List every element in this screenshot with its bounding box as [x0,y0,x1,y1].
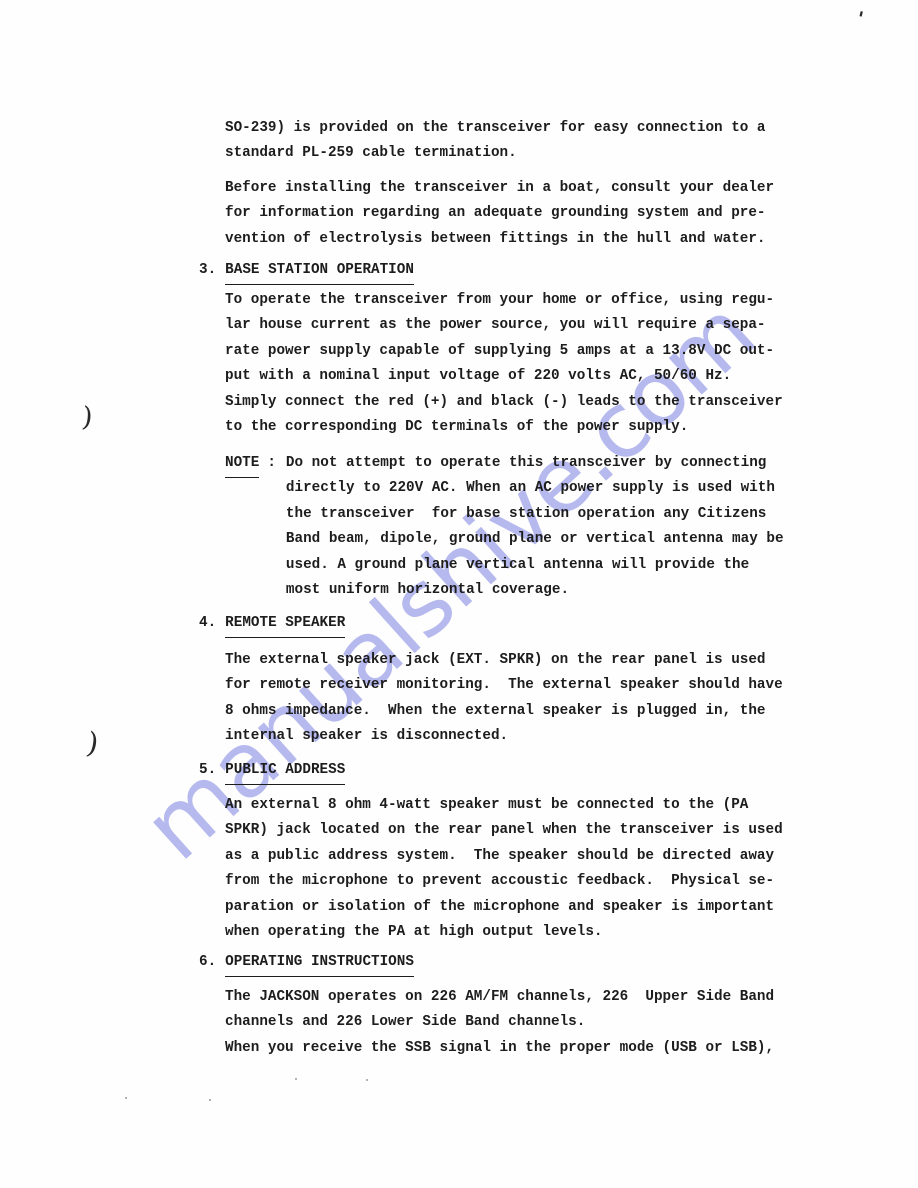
scan-speck [209,1099,211,1101]
pen-mark-apostrophe: ' [854,8,865,31]
note-label: NOTE [225,451,259,478]
paragraph-public-address: An external 8 ohm 4-watt speaker must be… [225,793,783,945]
pen-mark-paren-top: ) [80,402,94,434]
section-title: OPERATING INSTRUCTIONS [225,950,414,977]
section-title: PUBLIC ADDRESS [225,758,345,785]
section-heading-public-address: 5. PUBLIC ADDRESS [199,758,345,785]
pen-mark-paren-bottom: ) [84,725,101,760]
note-colon: : [267,451,276,476]
section-title: REMOTE SPEAKER [225,611,345,638]
scan-speck [125,1097,127,1099]
section-number: 6. [199,950,216,977]
section-title: BASE STATION OPERATION [225,258,414,285]
section-number: 4. [199,611,216,638]
section-heading-operating-instructions: 6. OPERATING INSTRUCTIONS [199,950,414,977]
paragraph-boat-installation: Before installing the transceiver in a b… [225,176,774,252]
scan-speck [366,1079,368,1081]
paragraph-base-station: To operate the transceiver from your hom… [225,288,783,440]
section-number: 5. [199,758,216,785]
paragraph-remote-speaker: The external speaker jack (EXT. SPKR) on… [225,648,783,750]
section-number: 3. [199,258,216,285]
note-block: NOTE : Do not attempt to operate this tr… [225,451,784,603]
paragraph-operating-instructions: The JACKSON operates on 226 AM/FM channe… [225,985,774,1061]
document-page: manualshive.com ) ) ' SO-239) is provide… [0,0,918,1188]
section-heading-base-station: 3. BASE STATION OPERATION [199,258,414,285]
section-heading-remote-speaker: 4. REMOTE SPEAKER [199,611,345,638]
paragraph-connector: SO-239) is provided on the transceiver f… [225,116,766,167]
note-body: Do not attempt to operate this transceiv… [286,451,784,603]
scan-speck [295,1078,297,1080]
